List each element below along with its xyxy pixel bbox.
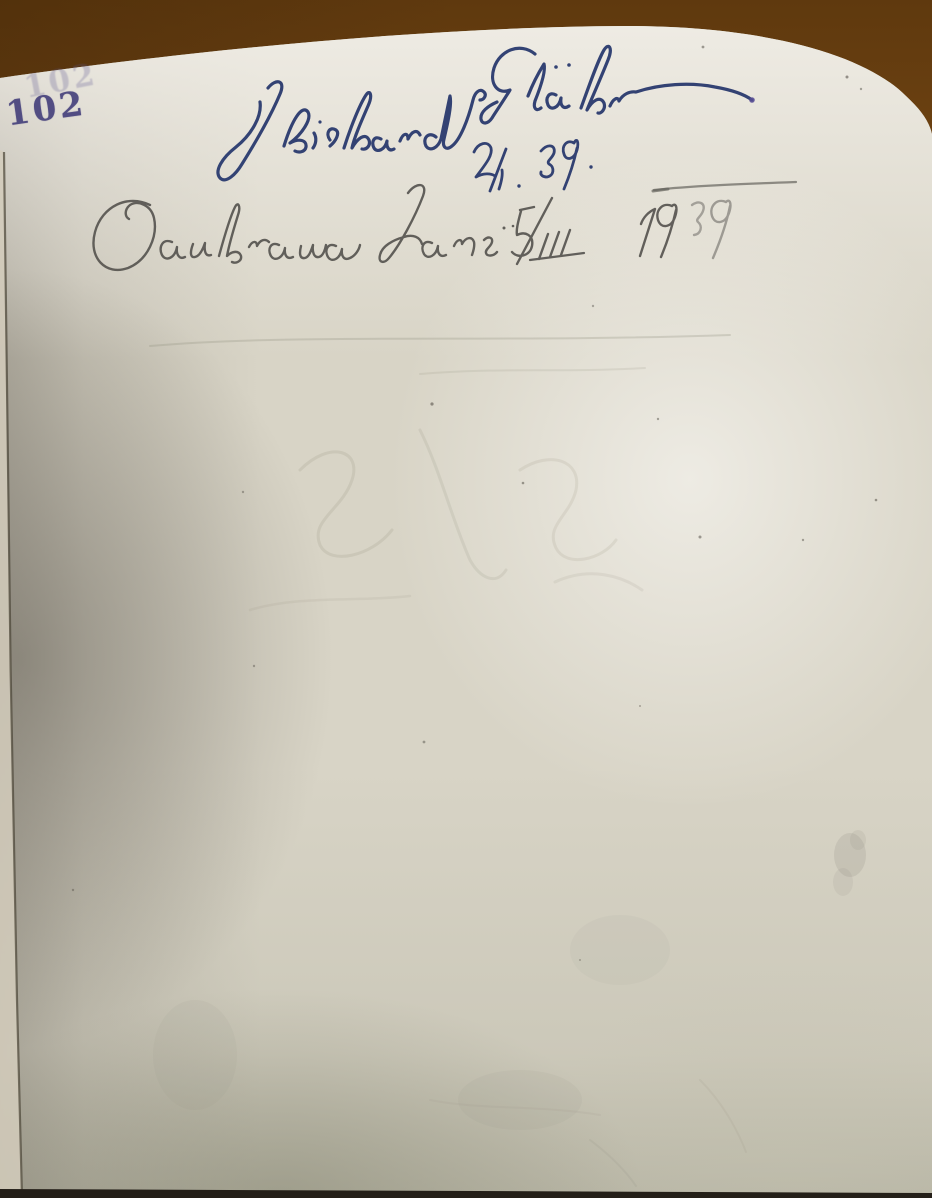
- page-number-stamp: 102: [4, 87, 88, 132]
- photo-scene: 102 102: [0, 0, 932, 1198]
- signature-daubrawa-hans: [93, 182, 796, 270]
- paper-smudges: [153, 830, 866, 1130]
- book-bottom-edge: [0, 1189, 932, 1198]
- pencil-rule-line: [653, 182, 796, 191]
- ghost-writing-showthrough: [150, 335, 746, 1186]
- page-left-edge: [0, 150, 22, 1198]
- page-artwork-overlay: [0, 0, 932, 1198]
- signature-richard-stohr: [218, 46, 755, 191]
